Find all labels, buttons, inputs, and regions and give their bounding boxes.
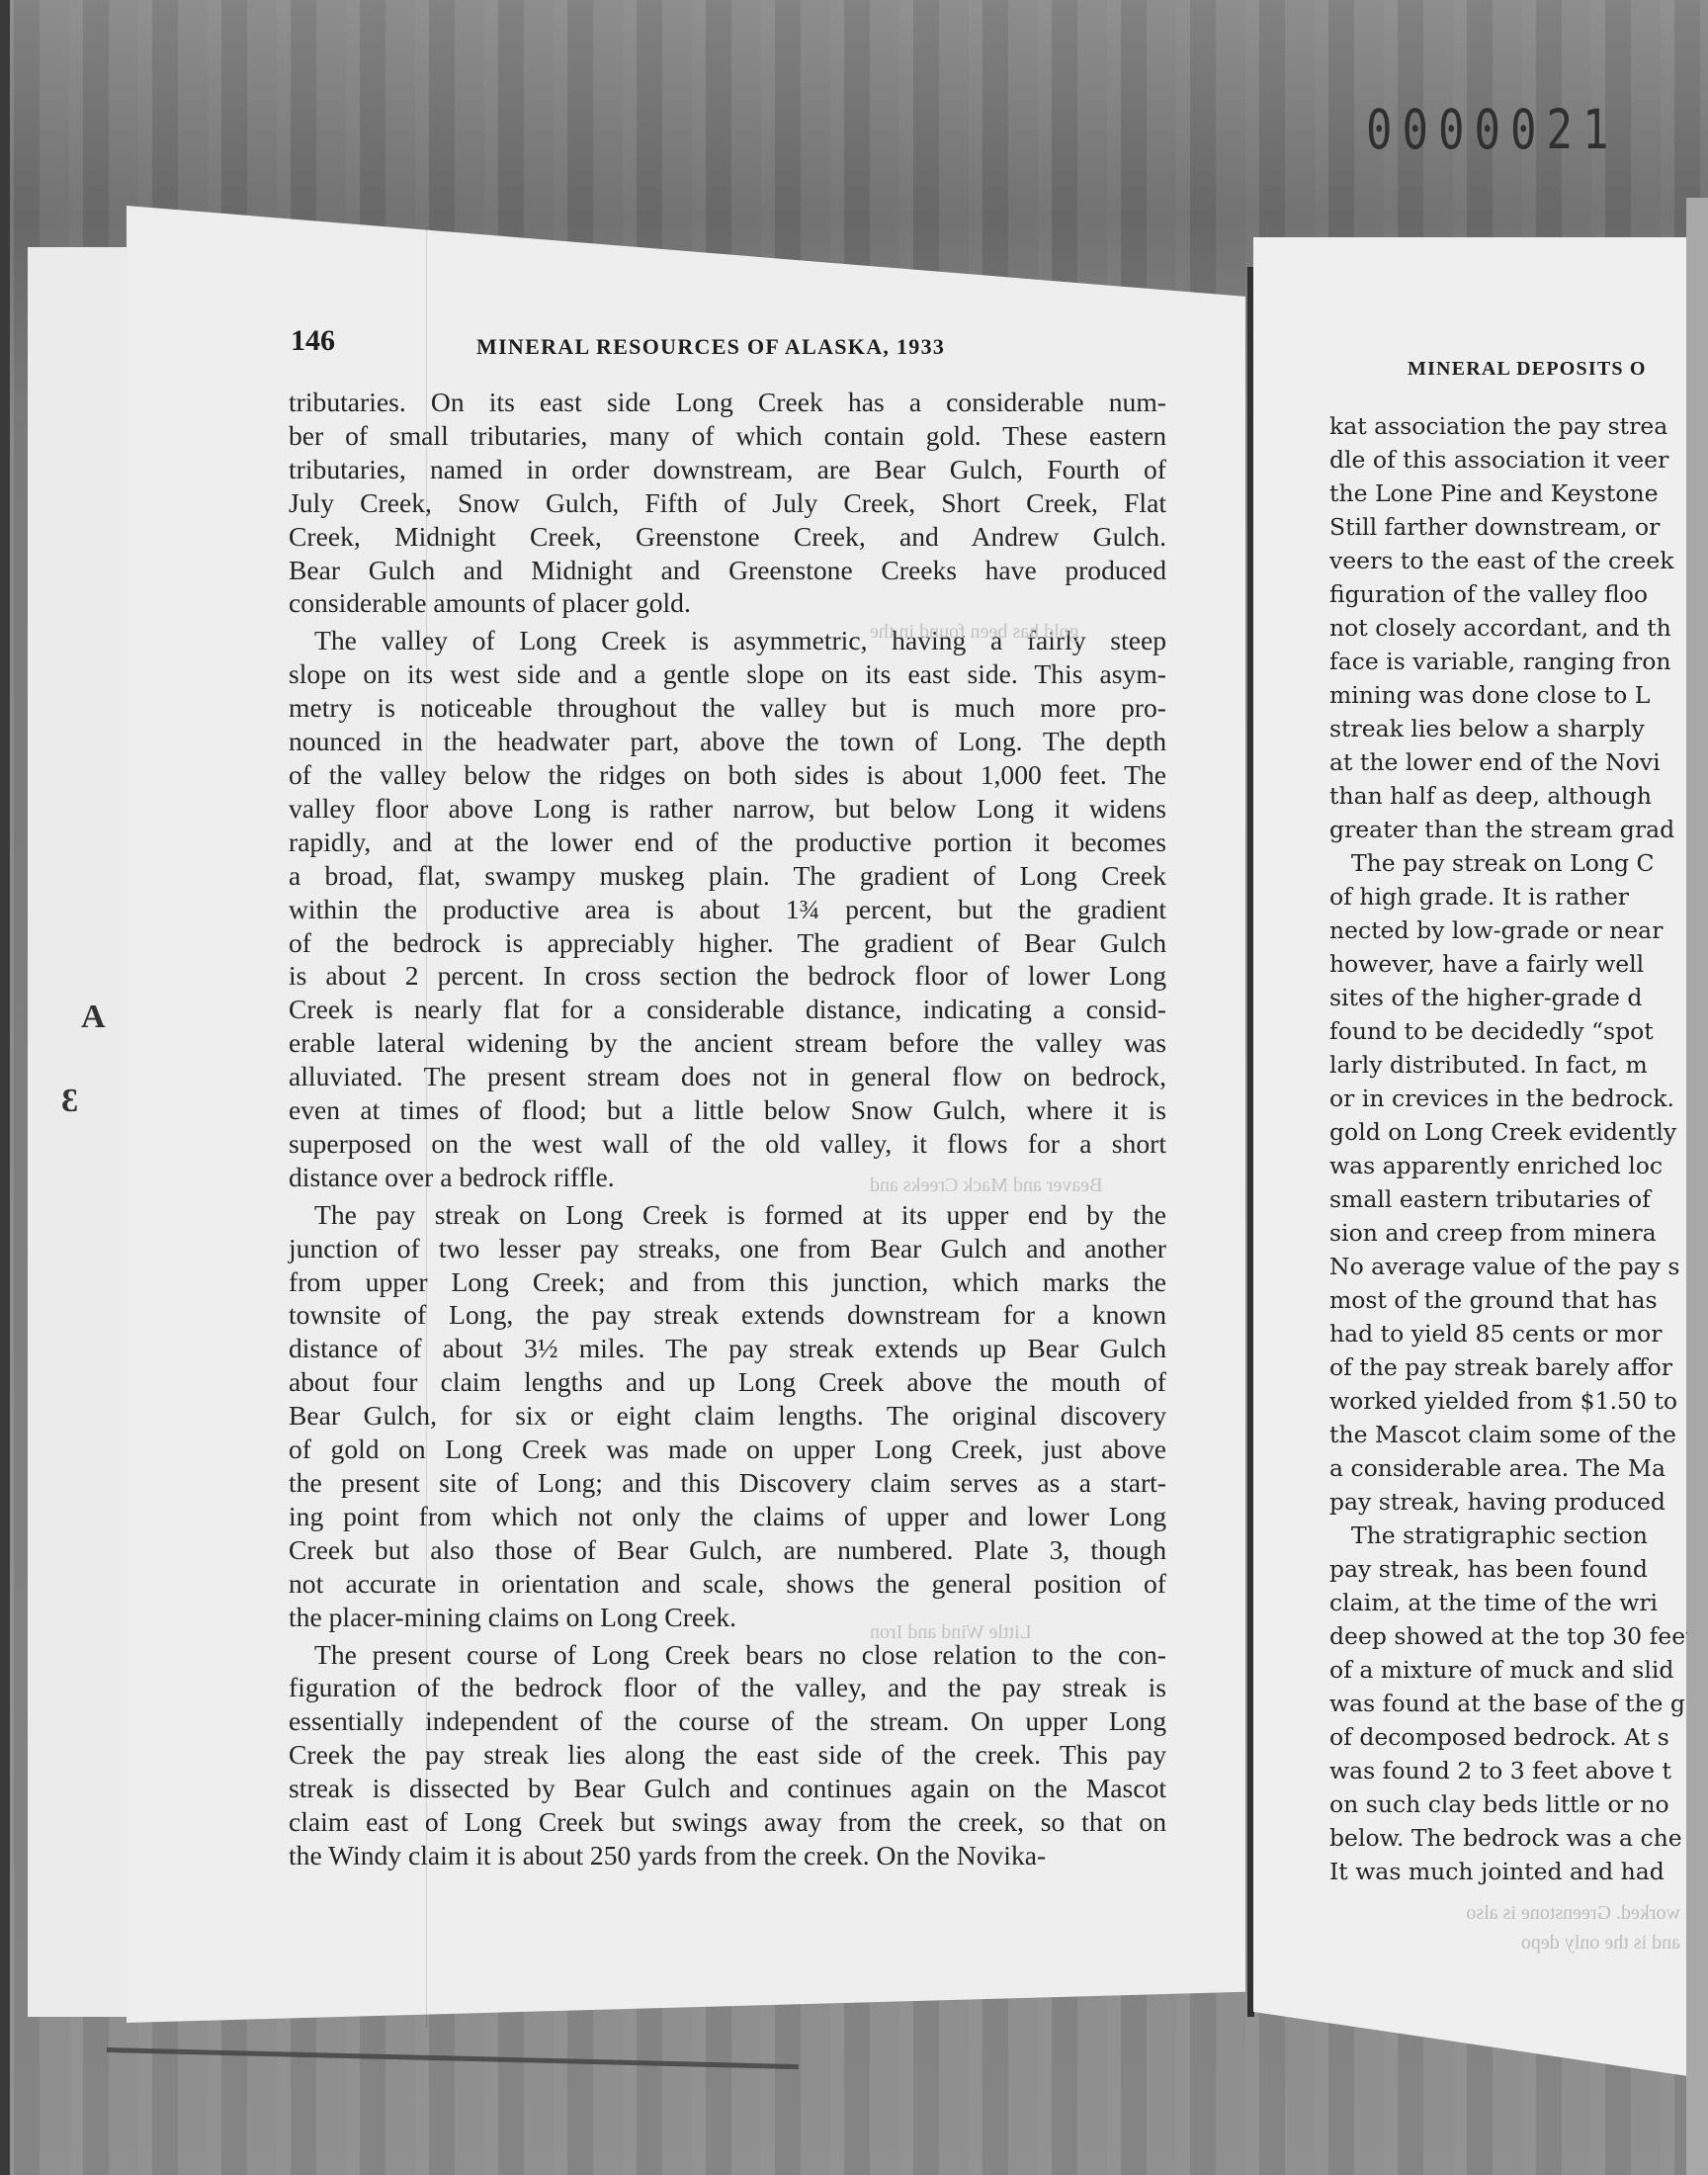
page-number: 146 bbox=[291, 324, 335, 358]
text-line: ing point from which not only the claims… bbox=[289, 1500, 1166, 1533]
text-line: The pay streak on Long C bbox=[1329, 846, 1687, 880]
scan-edge-strip bbox=[0, 0, 10, 2175]
text-line: is about 2 percent. In cross section the… bbox=[289, 959, 1166, 993]
text-line: of decomposed bedrock. At s bbox=[1329, 1720, 1687, 1754]
bleed-through-line: worked. Greenstone is also bbox=[1285, 1898, 1680, 1928]
text-line: even at times of flood; but a little bel… bbox=[289, 1093, 1166, 1127]
text-line: of gold on Long Creek was made on upper … bbox=[289, 1433, 1166, 1466]
paragraph: The valley of Long Creek is asymmetric, … bbox=[289, 624, 1166, 1193]
text-line: Creek but also those of Bear Gulch, are … bbox=[289, 1533, 1166, 1567]
text-line: Bear Gulch and Midnight and Greenstone C… bbox=[289, 554, 1166, 587]
text-line: the placer-mining claims on Long Creek. bbox=[289, 1601, 1166, 1634]
text-line: kat association the pay strea bbox=[1329, 409, 1687, 443]
text-line: Bear Gulch, for six or eight claim lengt… bbox=[289, 1399, 1166, 1433]
text-line: ber of small tributaries, many of which … bbox=[289, 419, 1166, 453]
text-line: not closely accordant, and th bbox=[1329, 611, 1687, 645]
text-line: pay streak, having produced bbox=[1329, 1485, 1687, 1519]
text-line: within the productive area is about 1¾ p… bbox=[289, 893, 1166, 926]
left-page-edge bbox=[28, 247, 136, 2017]
bleed-through-text: worked. Greenstone is also and is the on… bbox=[1285, 1898, 1680, 1957]
text-line: valley floor above Long is rather narrow… bbox=[289, 792, 1166, 826]
text-line: the present site of Long; and this Disco… bbox=[289, 1466, 1166, 1500]
text-line: of the pay streak barely affor bbox=[1329, 1350, 1687, 1384]
left-page-header: 146 MINERAL RESOURCES OF ALASKA, 1933 bbox=[291, 324, 1230, 364]
text-line: erable lateral widening by the ancient s… bbox=[289, 1026, 1166, 1060]
margin-mark-a: A bbox=[81, 999, 106, 1036]
right-page-edge bbox=[1686, 198, 1708, 2175]
bleed-through-text: Beaver and Mack Creeks and bbox=[870, 1174, 1102, 1197]
text-line: The pay streak on Long Creek is formed a… bbox=[289, 1198, 1166, 1232]
text-line: pay streak, has been found bbox=[1329, 1552, 1687, 1586]
text-line: dle of this association it veer bbox=[1329, 443, 1687, 477]
text-line: junction of two lesser pay streaks, one … bbox=[289, 1232, 1166, 1265]
text-line: greater than the stream grad bbox=[1329, 813, 1687, 846]
text-line: the Windy claim it is about 250 yards fr… bbox=[289, 1839, 1166, 1872]
text-line: the Mascot claim some of the bbox=[1329, 1418, 1687, 1451]
text-line: found to be decidedly “spot bbox=[1329, 1014, 1687, 1048]
text-line: sites of the higher-grade d bbox=[1329, 981, 1687, 1014]
text-line: on such clay beds little or no bbox=[1329, 1787, 1687, 1821]
text-line: claim east of Long Creek but swings away… bbox=[289, 1805, 1166, 1839]
text-line: tributaries, named in order downstream, … bbox=[289, 453, 1166, 486]
text-line: figuration of the bedrock floor of the v… bbox=[289, 1671, 1166, 1704]
text-line: of the bedrock is appreciably higher. Th… bbox=[289, 926, 1166, 960]
text-line: sion and creep from minera bbox=[1329, 1216, 1687, 1250]
text-line: figuration of the valley floo bbox=[1329, 577, 1687, 611]
text-line: tributaries. On its east side Long Creek… bbox=[289, 386, 1166, 419]
text-line: deep showed at the top 30 feet bbox=[1329, 1619, 1687, 1653]
right-running-head: MINERAL DEPOSITS O bbox=[1408, 358, 1647, 381]
text-line: streak lies below a sharply bbox=[1329, 712, 1687, 745]
running-head: MINERAL RESOURCES OF ALASKA, 1933 bbox=[476, 334, 945, 360]
text-line: nected by low-grade or near bbox=[1329, 913, 1687, 947]
text-line: veers to the east of the creek bbox=[1329, 544, 1687, 577]
text-line: of a mixture of muck and slid bbox=[1329, 1653, 1687, 1687]
paragraph: tributaries. On its east side Long Creek… bbox=[289, 386, 1166, 620]
paragraph: The pay streak on Long Creek is formed a… bbox=[289, 1198, 1166, 1634]
text-line: No average value of the pay s bbox=[1329, 1250, 1687, 1283]
text-line: below. The bedrock was a che bbox=[1329, 1821, 1687, 1855]
bleed-through-text: gold has been found in the bbox=[870, 621, 1079, 644]
text-line: gold on Long Creek evidently bbox=[1329, 1115, 1687, 1149]
paragraph: The present course of Long Creek bears n… bbox=[289, 1638, 1166, 1872]
text-line: streak is dissected by Bear Gulch and co… bbox=[289, 1772, 1166, 1805]
text-line: a considerable area. The Ma bbox=[1329, 1451, 1687, 1485]
text-line: had to yield 85 cents or mor bbox=[1329, 1317, 1687, 1350]
text-line: alluviated. The present stream does not … bbox=[289, 1060, 1166, 1093]
text-line: than half as deep, although bbox=[1329, 779, 1687, 813]
text-line: face is variable, ranging fron bbox=[1329, 645, 1687, 678]
left-page-body: tributaries. On its east side Long Creek… bbox=[289, 386, 1166, 1872]
text-line: Creek is nearly flat for a considerable … bbox=[289, 993, 1166, 1026]
text-line: slope on its west side and a gentle slop… bbox=[289, 657, 1166, 691]
text-line: the Lone Pine and Keystone bbox=[1329, 477, 1687, 510]
text-line: It was much jointed and had bbox=[1329, 1855, 1687, 1888]
text-line: a broad, flat, swampy muskeg plain. The … bbox=[289, 859, 1166, 893]
text-line: Still farther downstream, or bbox=[1329, 510, 1687, 544]
text-line: or in crevices in the bedrock. bbox=[1329, 1082, 1687, 1115]
text-line: distance of about 3½ miles. The pay stre… bbox=[289, 1332, 1166, 1365]
text-line: townsite of Long, the pay streak extends… bbox=[289, 1298, 1166, 1332]
text-line: larly distributed. In fact, m bbox=[1329, 1048, 1687, 1082]
frame-stamp-number: 0000021 bbox=[1366, 99, 1618, 162]
text-line: essentially independent of the course of… bbox=[289, 1704, 1166, 1738]
text-line: claim, at the time of the wri bbox=[1329, 1586, 1687, 1619]
text-line: metry is noticeable throughout the valle… bbox=[289, 691, 1166, 725]
text-line: about four claim lengths and up Long Cre… bbox=[289, 1365, 1166, 1399]
text-line: rapidly, and at the lower end of the pro… bbox=[289, 826, 1166, 859]
text-line: however, have a fairly well bbox=[1329, 947, 1687, 981]
text-line: superposed on the west wall of the old v… bbox=[289, 1127, 1166, 1161]
text-line: of high grade. It is rather bbox=[1329, 880, 1687, 913]
text-line: Creek the pay streak lies along the east… bbox=[289, 1738, 1166, 1772]
text-line: The stratigraphic section bbox=[1329, 1519, 1687, 1552]
text-line: The present course of Long Creek bears n… bbox=[289, 1638, 1166, 1672]
text-line: most of the ground that has bbox=[1329, 1283, 1687, 1317]
text-line: was found at the base of the g bbox=[1329, 1687, 1687, 1720]
text-line: mining was done close to L bbox=[1329, 678, 1687, 712]
text-line: nounced in the headwater part, above the… bbox=[289, 725, 1166, 758]
book-gutter bbox=[1247, 267, 1254, 2017]
text-line: at the lower end of the Novi bbox=[1329, 745, 1687, 779]
text-line: Creek, Midnight Creek, Greenstone Creek,… bbox=[289, 520, 1166, 554]
bleed-through-text: Little Wind and Iron bbox=[870, 1621, 1032, 1644]
text-line: was apparently enriched loc bbox=[1329, 1149, 1687, 1182]
margin-mark-3: 3 bbox=[61, 1083, 78, 1120]
text-line: small eastern tributaries of bbox=[1329, 1182, 1687, 1216]
text-line: not accurate in orientation and scale, s… bbox=[289, 1567, 1166, 1601]
text-line: was found 2 to 3 feet above t bbox=[1329, 1754, 1687, 1787]
right-page-body: kat association the pay streadle of this… bbox=[1329, 409, 1687, 1888]
text-line: considerable amounts of placer gold. bbox=[289, 586, 1166, 620]
bleed-through-line: and is the only depo bbox=[1285, 1928, 1680, 1957]
text-line: from upper Long Creek; and from this jun… bbox=[289, 1265, 1166, 1299]
text-line: worked yielded from $1.50 to bbox=[1329, 1384, 1687, 1418]
text-line: July Creek, Snow Gulch, Fifth of July Cr… bbox=[289, 486, 1166, 520]
text-line: of the valley below the ridges on both s… bbox=[289, 758, 1166, 792]
